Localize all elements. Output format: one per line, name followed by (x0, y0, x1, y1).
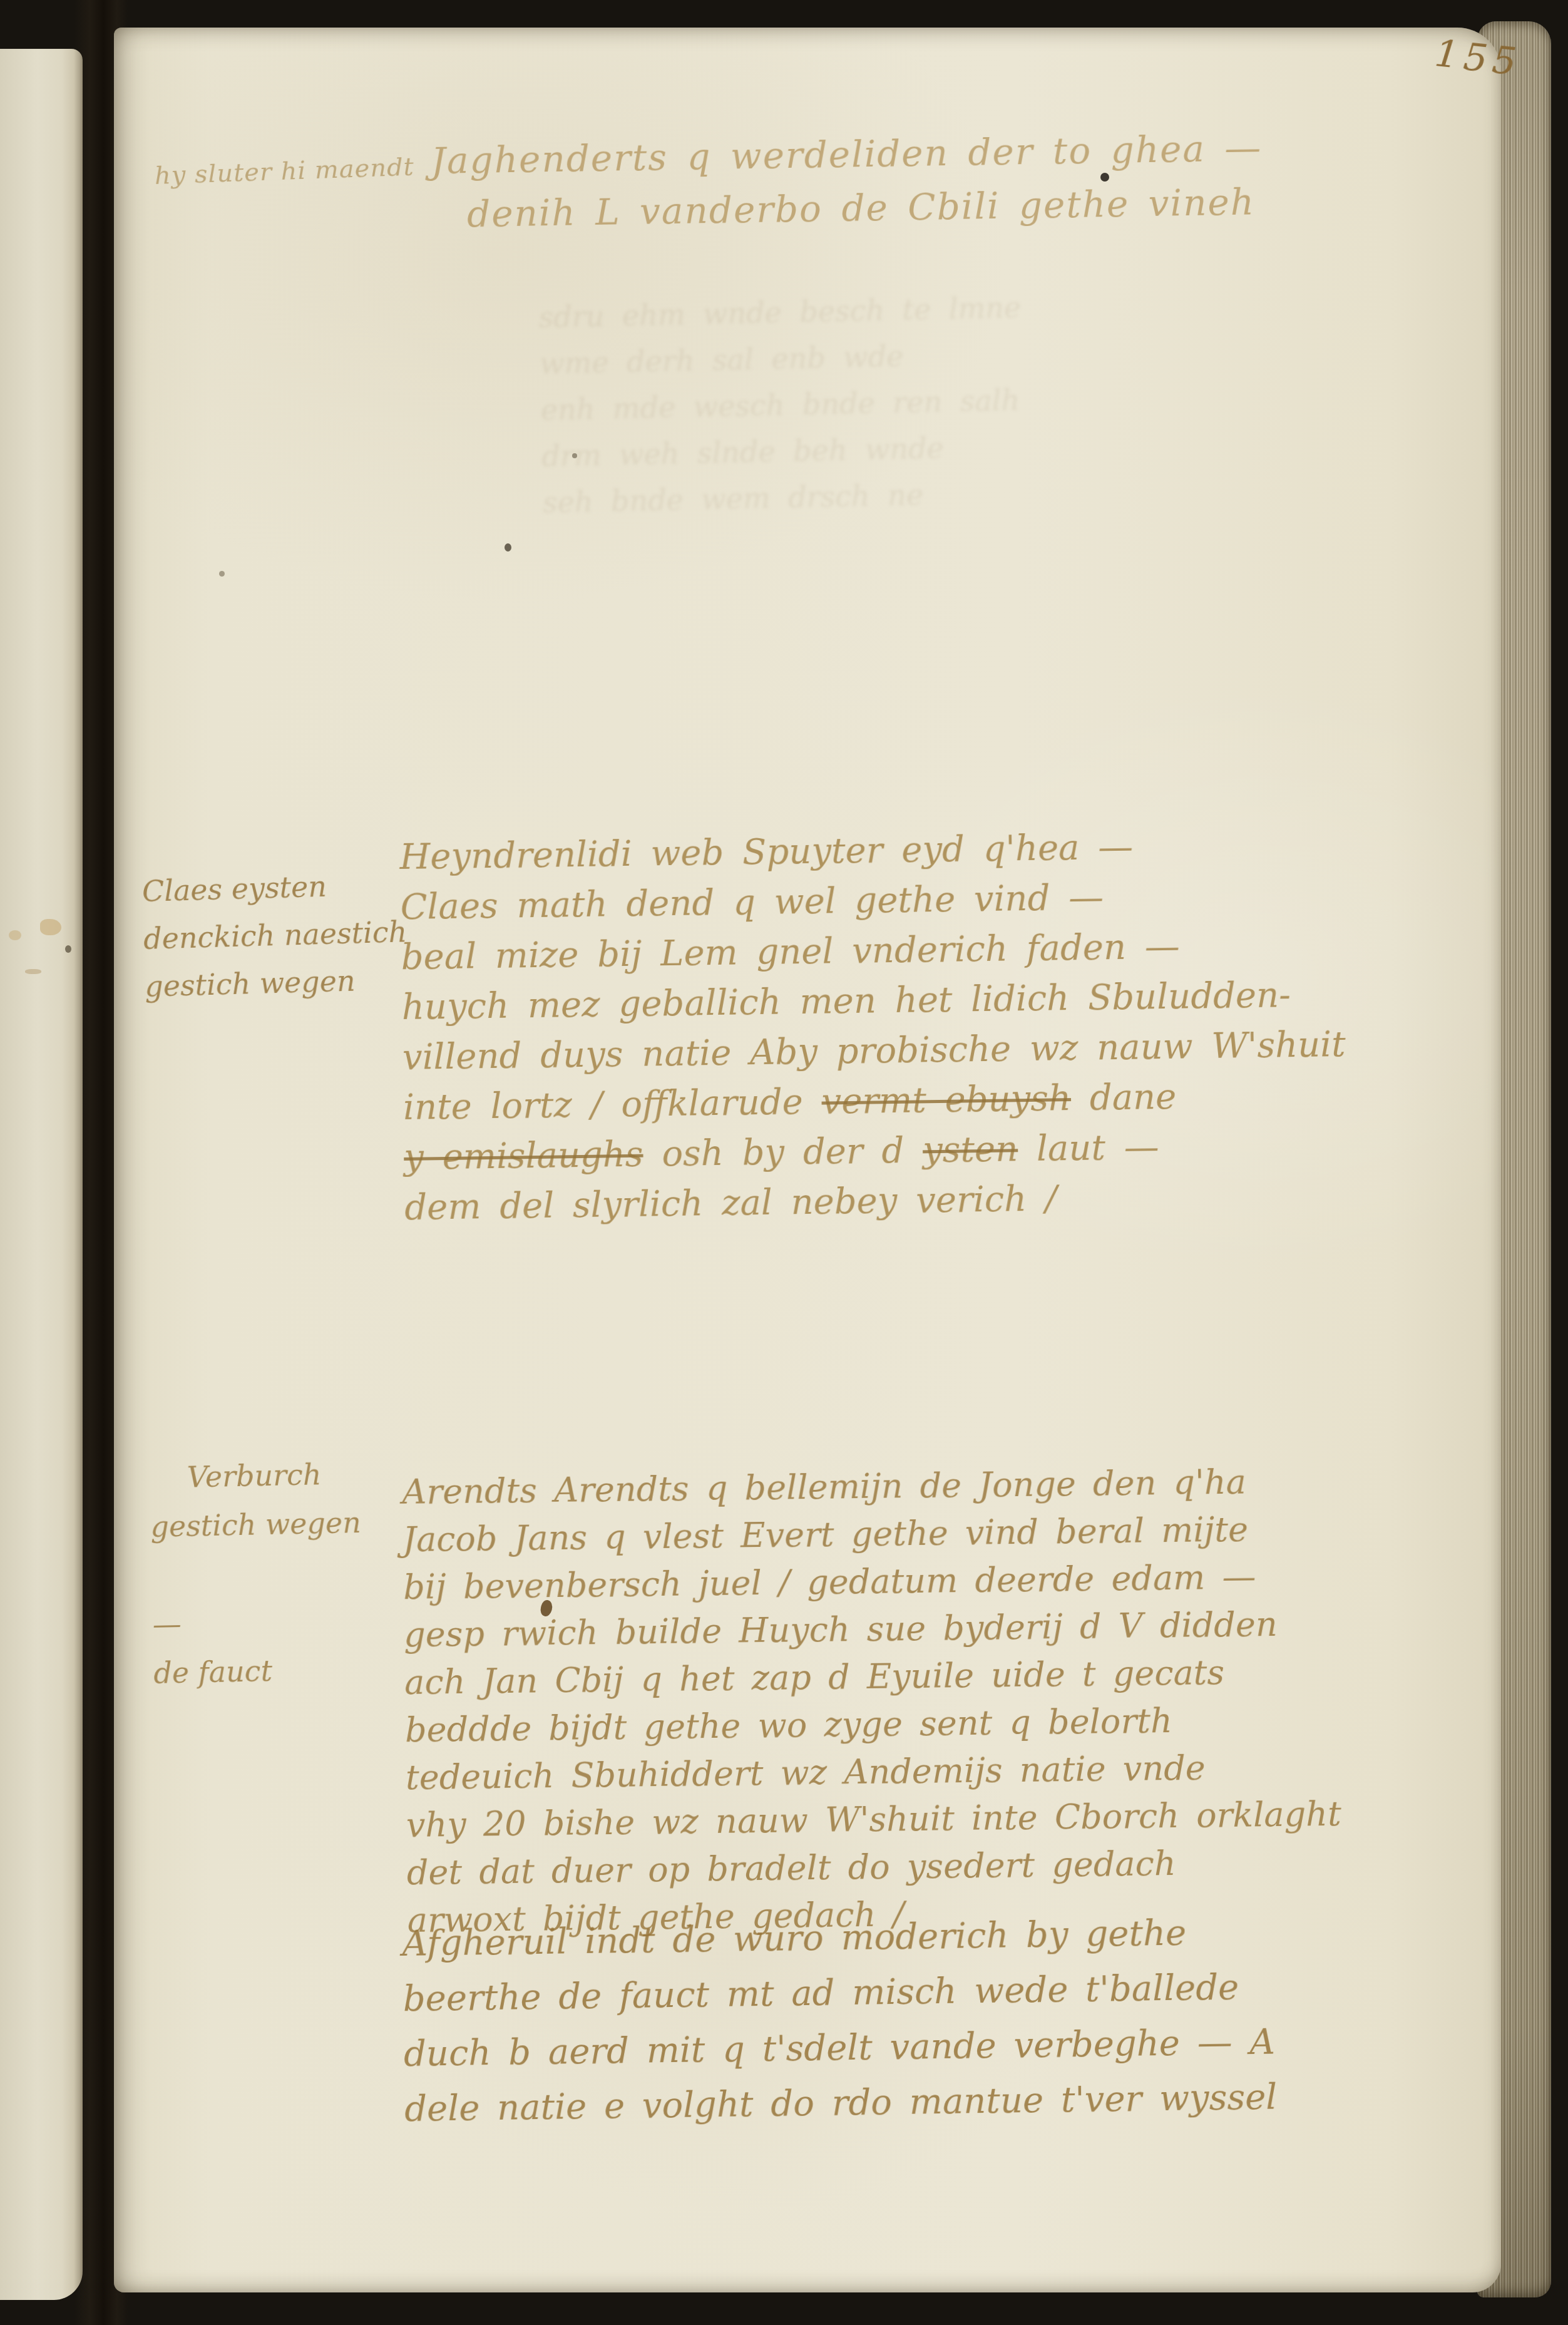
hand-text: gesp rwich builde Huych sue byderij d V … (404, 1604, 1278, 1655)
hand-text: bij bevenbersch juel / gedatum deerde ed… (403, 1557, 1256, 1607)
manuscript-line: de fauct (153, 1645, 365, 1698)
hand-text: dane (1071, 1077, 1177, 1119)
hand-text: beddde bijdt gethe wo zyge sent q belort… (405, 1701, 1172, 1750)
hand-text: det dat duer op bradelt do ysedert gedac… (407, 1844, 1176, 1892)
struck-text: y emislaughs (404, 1134, 643, 1178)
manuscript-line: gestich wegen (150, 1498, 362, 1551)
paper-stain (9, 930, 21, 940)
paper-stain (25, 969, 41, 974)
manuscript-line: denckich naestich (143, 908, 407, 963)
hand-text: vhy 20 bishe wz nauw W'shuit inte Cborch… (406, 1794, 1342, 1845)
header-entry-text: Jaghenderts q werdeliden der to ghea —de… (431, 121, 1263, 242)
entry3-body-text: Afgheruil indt de wuro moderich by gethe… (402, 1905, 1278, 2137)
manuscript-line: Claes eysten (141, 860, 406, 915)
hand-text: Claes eysten (141, 870, 327, 908)
hand-text: Claes math dend q wel gethe vind — (400, 877, 1104, 928)
manuscript-line: Verburch (187, 1449, 361, 1502)
facing-page-strip (0, 49, 83, 2300)
paper-stain (40, 919, 61, 935)
hand-text: Arendts Arendts q bellemijn de Jonge den… (402, 1462, 1246, 1512)
ink-speck (1100, 173, 1109, 182)
ink-speck (505, 543, 511, 552)
hand-text: osh by der d (643, 1130, 923, 1174)
hand-text: denih L vanderbo de Cbili gethe vineh (466, 180, 1255, 235)
hand-text: — (152, 1607, 182, 1641)
hand-text: wme derh sal enb wde (540, 339, 904, 381)
hand-text: gestich wegen (150, 1506, 361, 1544)
ink-speck (219, 571, 225, 577)
hand-text: sdru ehm wnde besch te lmne (538, 290, 1021, 334)
hand-text: beal mize bij Lem gnel vnderich faden — (401, 926, 1180, 978)
manuscript-line: — (152, 1596, 364, 1649)
hand-text: Jaghenderts q werdeliden der to ghea — (431, 126, 1263, 182)
hand-text: inte lortz / offklarude (403, 1082, 822, 1128)
ink-speck (65, 945, 71, 953)
hand-text: beerthe de fauct mt ad misch wede t'ball… (402, 1967, 1239, 2020)
hand-text: dele natie e volght do rdo mantue t'ver … (404, 2077, 1278, 2130)
hand-text: ach Jan Cbij q het zap d Eyuile uide t g… (404, 1653, 1225, 1702)
hand-text: hy sluter hi maendt (154, 153, 414, 190)
hand-text: laut — (1018, 1127, 1159, 1169)
hand-text: gestich wegen (145, 964, 356, 1003)
hand-text: duch b aerd mit q t'sdelt vande verbeghe… (404, 2022, 1276, 2075)
scanned-manuscript-photo: { "page_number": "155", "colors": { "bac… (0, 0, 1568, 2325)
hand-text: drm weh slnde beh wnde (541, 431, 944, 473)
struck-text: ysten (923, 1129, 1018, 1171)
entry1-margin-note: Claes eystendenckich naestichgestich weg… (141, 860, 409, 1010)
hand-text: dem del slyrlich zal nebey verich / (404, 1178, 1057, 1228)
manuscript-line: gestich wegen (144, 955, 409, 1010)
manuscript-line: . (151, 1547, 362, 1600)
hand-text: tedeuich Sbuhiddert wz Andemijs natie vn… (406, 1748, 1206, 1797)
hand-text: Afgheruil indt de wuro moderich by gethe (402, 1913, 1186, 1964)
ink-speck (572, 453, 577, 458)
hand-text: de fauct (153, 1654, 273, 1690)
hand-text: Jacob Jans q vlest Evert gethe vind bera… (402, 1509, 1248, 1559)
hand-text: Verburch (187, 1457, 322, 1494)
hand-text: Heyndrenlidi web Spuyter eyd q'hea — (399, 827, 1134, 878)
folio-number: 155 (1433, 32, 1524, 85)
hand-text: enh mde wesch bnde ren salh (540, 383, 1020, 427)
entry2-margin-note: Verburchgestich wegen.—de fauct (149, 1449, 364, 1698)
hand-text: villend duys natie Aby probische wz nauw… (402, 1024, 1346, 1078)
hand-text: denckich naestich (143, 915, 407, 956)
hand-text: seh bnde wem drsch ne (542, 478, 923, 520)
hand-text: huych mez geballich men het lidich Sbulu… (401, 975, 1291, 1028)
ink-show-through: sdru ehm wnde besch te lmnewme derh sal … (538, 284, 1025, 526)
struck-text: vermt ebuysh (821, 1078, 1071, 1122)
entry2-body-text: Arendts Arendts q bellemijn de Jonge den… (402, 1457, 1343, 1944)
entry1-body-text: Heyndrenlidi web Spuyter eyd q'hea —Clae… (399, 819, 1348, 1233)
